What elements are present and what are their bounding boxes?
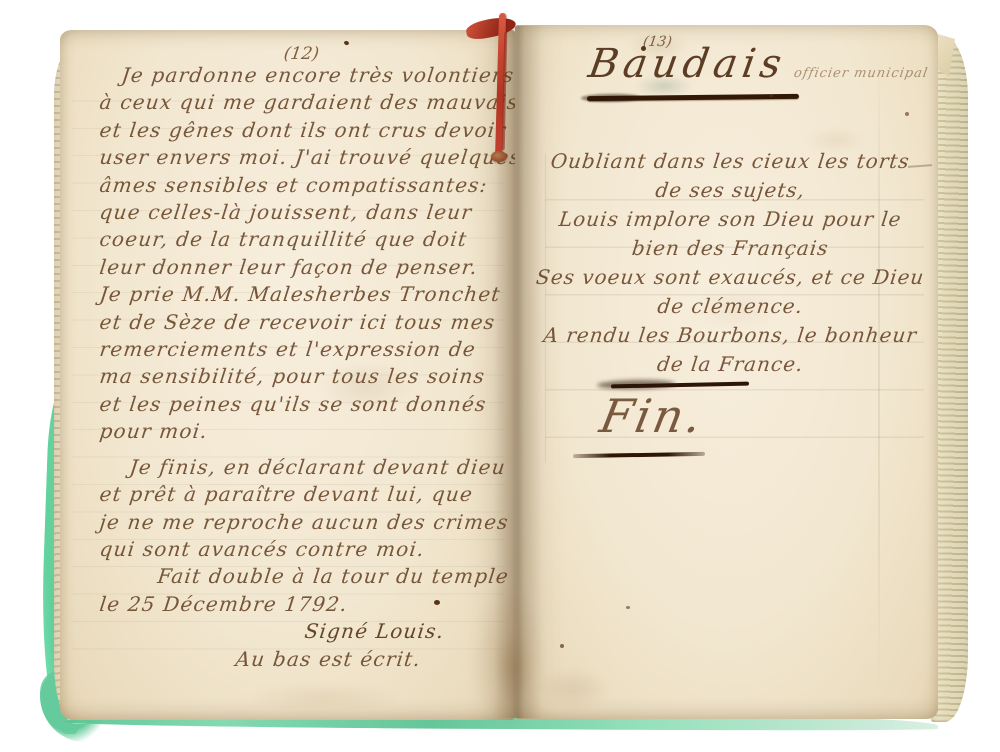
verse-line: de la France.: [529, 350, 932, 379]
manuscript-line: ma sensibilité, pour tous les soins: [98, 363, 506, 390]
manuscript-line: je ne me reproche aucun des crimes: [98, 509, 506, 536]
manuscript-line: Fait double à la tour du temple: [98, 563, 506, 590]
manuscript-line: le 25 Décembre 1792.: [98, 591, 506, 618]
manuscript-line: et les gênes dont ils ont crus devoir: [98, 117, 506, 144]
divider-rule-bottom: [573, 452, 705, 458]
verse-block: Oubliant dans les cieux les torts de ses…: [529, 147, 928, 379]
verse-line: Ses voeux sont exaucés, et ce Dieu: [529, 263, 932, 292]
divider-rule-top: [611, 382, 749, 389]
manuscript-line: et prêt à paraître devant lui, que: [98, 481, 506, 508]
manuscript-line: Je finis, en déclarant devant dieu: [98, 454, 506, 481]
manuscript-line: Je prie M.M. Malesherbes Tronchet: [98, 281, 506, 308]
manuscript-line: Au bas est écrit.: [98, 646, 506, 673]
chapter-heading: Baudais officier municipal: [589, 41, 928, 87]
photo-background: (12) Je pardonne encore très volontiers …: [0, 0, 1000, 752]
fin-text: Fin.: [596, 389, 709, 443]
manuscript-line: coeur, de la tranquillité que doit: [98, 226, 506, 253]
right-page: (13) Baudais officier municipal Oubliant…: [515, 25, 938, 719]
chapter-title: Baudais: [585, 41, 789, 87]
manuscript-line: user envers moi. J'ai trouvé quelques: [98, 144, 506, 171]
manuscript-line: et de Sèze de recevoir ici tous mes: [98, 309, 506, 336]
verse-line: de ses sujets,: [529, 176, 932, 205]
verse-line: A rendu les Bourbons, le bonheur: [529, 321, 932, 350]
manuscript-line: leur donner leur façon de penser.: [98, 254, 506, 281]
manuscript-line: qui sont avancés contre moi.: [98, 536, 506, 563]
manuscript-line: que celles-là jouissent, dans leur: [98, 199, 506, 226]
signature-line: Signé Louis.: [98, 618, 506, 645]
ribbon-knot: [491, 151, 507, 162]
manuscript-line: et les peines qu'ils se sont donnés: [98, 391, 506, 418]
manuscript-line: Je pardonne encore très volontiers: [98, 62, 506, 89]
manuscript-line: pour moi.: [98, 418, 506, 445]
left-page: (12) Je pardonne encore très volontiers …: [60, 30, 515, 720]
verse-line: Louis implore son Dieu pour le: [529, 205, 932, 234]
chapter-title-note: officier municipal: [792, 66, 929, 81]
verse-line: Oubliant dans les cieux les torts: [529, 147, 932, 176]
manuscript-line: remerciements et l'expression de: [98, 336, 506, 363]
left-page-number: (12): [283, 44, 321, 64]
manuscript-text-block: Je pardonne encore très volontiers à ceu…: [98, 62, 503, 673]
manuscript-line: à ceux qui me gardaient des mauvais: [98, 89, 506, 116]
title-underline-rule: [587, 94, 799, 101]
verse-line: bien des Français: [529, 234, 932, 263]
manuscript-line: âmes sensibles et compatissantes:: [98, 172, 506, 199]
verse-line: de clémence.: [529, 292, 932, 321]
